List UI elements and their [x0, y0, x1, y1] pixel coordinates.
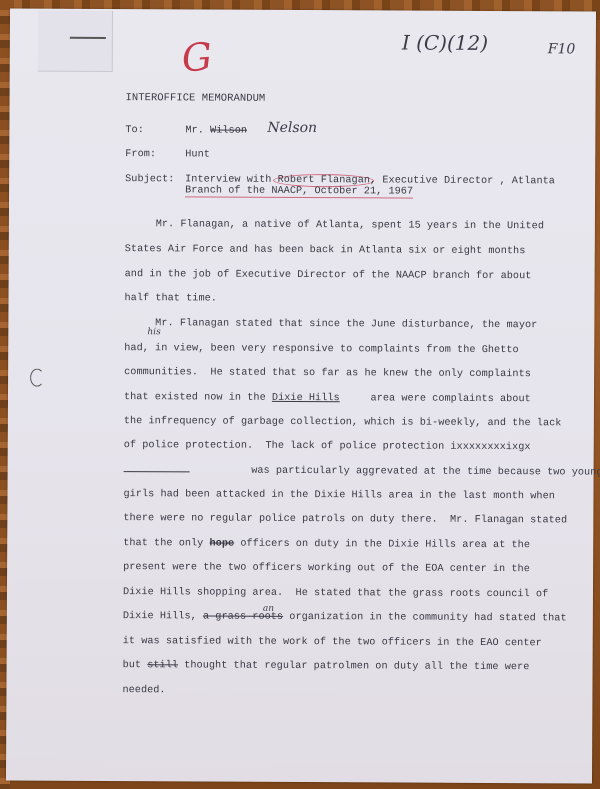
line-text: that the only — [123, 538, 209, 549]
memo-page: G I (C)(12) F10 INTEROFFICE MEMORANDUM T… — [6, 8, 596, 783]
subject-line-2: Branch of the NAACP, October 21, 1967 — [185, 185, 413, 197]
line-text: organization in the community had stated… — [283, 612, 567, 624]
file-reference: F10 — [548, 41, 576, 57]
p2-line: of police protection. The lack of police… — [124, 440, 531, 453]
from-value: Hunt — [185, 149, 210, 160]
classification-code: I (C)(12) — [402, 31, 488, 55]
p2-line: Dixie Hills shopping area. He stated tha… — [123, 587, 548, 600]
dixie-hills-underlined: Dixie Hills — [272, 393, 340, 404]
p2-line: that the only hope officers on duty in t… — [123, 538, 530, 551]
p2-line: communities. He stated that so far as he… — [124, 367, 531, 380]
line-text: Dixie Hills, — [123, 611, 203, 622]
p1-line: States Air Force and has been back in At… — [125, 244, 526, 257]
p2-line: that existed now in the Dixie Hills area… — [124, 392, 531, 405]
to-handwritten-name: Nelson — [267, 120, 317, 136]
from-label: From: — [125, 149, 156, 160]
to-value: Mr. Wilson — [185, 125, 247, 136]
line-text: thought that regular patrolmen on duty a… — [178, 660, 529, 673]
p2-line: there were no regular police patrols on … — [123, 513, 567, 526]
line-text: of police protection. The lack of police… — [124, 440, 451, 453]
struck-typing: ixxxxxxxxixgx — [450, 442, 530, 453]
p2-line: needed. — [122, 685, 165, 696]
line-text: that existed now in the — [124, 392, 272, 404]
struck-word: hope — [209, 539, 234, 550]
memo-heading: INTEROFFICE MEMORANDUM — [126, 92, 266, 105]
to-label: To: — [125, 125, 144, 136]
paper-tab — [38, 11, 113, 72]
p1-line: and in the job of Executive Director of … — [125, 269, 532, 282]
to-prefix: Mr. — [185, 125, 204, 136]
tab-mark — [70, 37, 106, 39]
p2-line: had, in view, been very responsive to co… — [124, 343, 519, 356]
p2-line: Dixie Hills, a grass roots organization … — [123, 611, 567, 624]
scribbled-word: still — [147, 660, 178, 671]
struck-words: a grass roots — [203, 611, 283, 622]
p2-line: present were the two officers working ou… — [123, 562, 530, 575]
red-letter-annotation: G — [180, 34, 214, 80]
p2-line: Mr. Flanagan stated that since the June … — [124, 318, 537, 331]
p2-line: but still thought that regular patrolmen… — [123, 660, 530, 673]
p2-line: was particularly aggrevated at the time … — [124, 465, 600, 479]
subject-text: Interview with — [185, 174, 271, 185]
subject-line-2-text: Branch of the NAACP, October 21, 1967 — [185, 185, 413, 198]
p1-line: Mr. Flanagan, a native of Atlanta, spent… — [125, 219, 544, 232]
line-text: but — [123, 660, 148, 671]
to-struck-name: Wilson — [210, 126, 247, 137]
punch-hole-mark — [30, 369, 44, 387]
p2-line: the infrequency of garbage collection, w… — [124, 416, 562, 429]
line-text: area were complaints about — [340, 393, 531, 405]
insert-his: his — [147, 327, 161, 337]
blank-underline — [124, 471, 190, 472]
p1-line: half that time. — [124, 293, 217, 304]
p2-line: it was satisfied with the work of the tw… — [123, 636, 542, 649]
line-text: was particularly aggrevated at the time … — [190, 465, 600, 478]
subject-label: Subject: — [125, 174, 174, 185]
p2-line: girls had been attacked in the Dixie Hil… — [123, 489, 555, 502]
line-text: officers on duty in the Dixie Hills area… — [234, 539, 530, 552]
